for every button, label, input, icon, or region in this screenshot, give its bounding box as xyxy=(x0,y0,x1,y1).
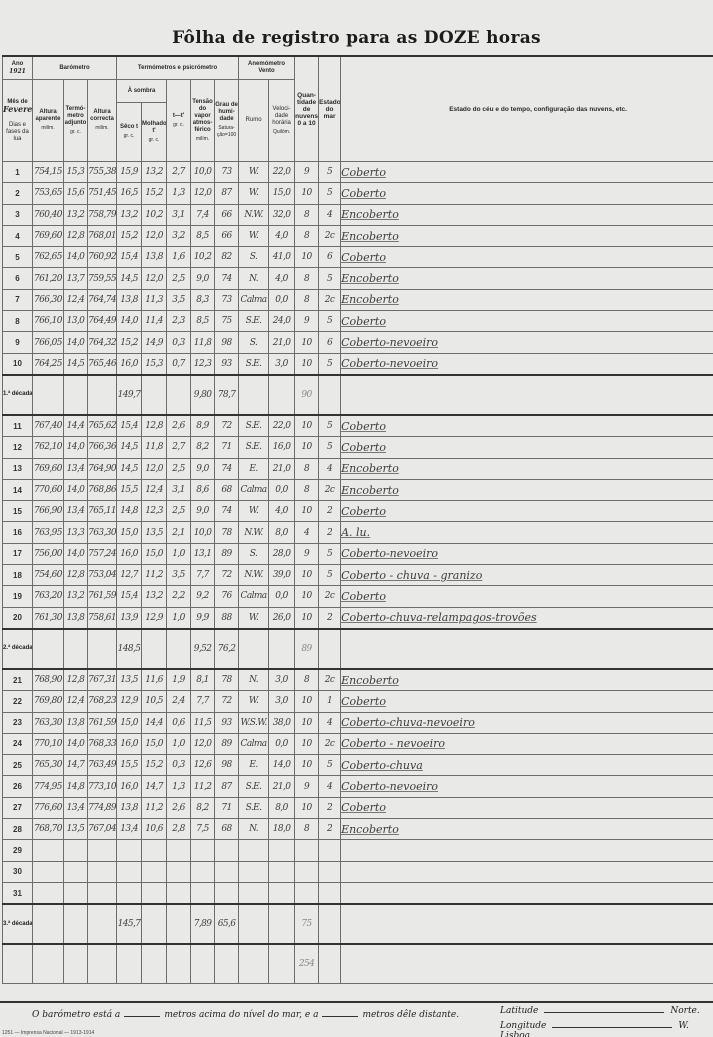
cell-estado[interactable]: Coberto xyxy=(341,247,713,268)
cell-humid[interactable]: 74 xyxy=(215,458,239,479)
cell-humid[interactable]: 68 xyxy=(215,819,239,840)
cell-tensao[interactable] xyxy=(191,861,215,882)
cell-term-adj[interactable]: 14,4 xyxy=(64,415,88,437)
cell-tensao[interactable]: 8,5 xyxy=(191,311,215,332)
cell-mar[interactable]: 5 xyxy=(319,543,341,564)
cell-estado[interactable]: Encoberto xyxy=(341,458,713,479)
cell-mar[interactable]: 2 xyxy=(319,607,341,629)
cell-alt-ap[interactable]: 765,30 xyxy=(33,755,64,776)
cell-veloc[interactable]: 0,0 xyxy=(269,586,295,607)
cell-molhado[interactable]: 11,6 xyxy=(142,669,167,691)
cell-seco[interactable]: 15,4 xyxy=(117,415,142,437)
cell-molhado[interactable]: 15,2 xyxy=(142,183,167,204)
cell-veloc[interactable]: 39,0 xyxy=(269,565,295,586)
cell-tensao[interactable]: 12,0 xyxy=(191,183,215,204)
decade-mar[interactable] xyxy=(319,629,341,669)
cell-seco[interactable]: 13,8 xyxy=(117,289,142,310)
cell-alt-cor[interactable]: 763,30 xyxy=(88,522,117,543)
cell-diff[interactable]: 2,4 xyxy=(167,691,191,712)
cell-humid[interactable]: 98 xyxy=(215,332,239,353)
cell-tensao[interactable]: 10,2 xyxy=(191,247,215,268)
decade-term-adj[interactable] xyxy=(64,629,88,669)
cell-tensao[interactable]: 11,2 xyxy=(191,776,215,797)
cell-term-adj[interactable] xyxy=(64,840,88,861)
decade-rumo[interactable] xyxy=(239,375,269,415)
cell-humid[interactable]: 72 xyxy=(215,691,239,712)
cell-alt-ap[interactable]: 764,25 xyxy=(33,353,64,375)
cell-veloc[interactable]: 0,0 xyxy=(269,289,295,310)
cell-tensao[interactable]: 7,7 xyxy=(191,565,215,586)
cell-alt-ap[interactable]: 767,40 xyxy=(33,415,64,437)
cell-estado[interactable] xyxy=(341,882,713,904)
decade-veloc[interactable] xyxy=(269,629,295,669)
cell-term-adj[interactable] xyxy=(64,861,88,882)
cell-seco[interactable]: 12,9 xyxy=(117,691,142,712)
decade-humid[interactable]: 78,7 xyxy=(215,375,239,415)
cell-mar[interactable]: 2c xyxy=(319,225,341,246)
cell-alt-cor[interactable]: 763,49 xyxy=(88,755,117,776)
cell-alt-ap[interactable] xyxy=(33,861,64,882)
decade-alt-cor[interactable] xyxy=(88,904,117,944)
cell-mar[interactable]: 5 xyxy=(319,311,341,332)
cell-estado[interactable]: Coberto xyxy=(341,183,713,204)
cell-rumo[interactable]: E. xyxy=(239,458,269,479)
cell-nuvens[interactable]: 10 xyxy=(295,353,319,375)
cell-rumo[interactable]: Calma xyxy=(239,479,269,500)
cell-tensao[interactable]: 12,6 xyxy=(191,755,215,776)
decade-nuvens[interactable]: 89 xyxy=(295,629,319,669)
cell-term-adj[interactable]: 13,4 xyxy=(64,501,88,522)
cell-term-adj[interactable]: 13,0 xyxy=(64,311,88,332)
cell-estado[interactable]: Encoberto xyxy=(341,819,713,840)
cell-veloc[interactable]: 14,0 xyxy=(269,755,295,776)
cell-humid[interactable]: 72 xyxy=(215,565,239,586)
cell-molhado[interactable]: 15,0 xyxy=(142,733,167,754)
cell-rumo[interactable]: W. xyxy=(239,225,269,246)
cell-tensao[interactable] xyxy=(191,882,215,904)
cell-term-adj[interactable]: 15,6 xyxy=(64,183,88,204)
cell-humid[interactable]: 66 xyxy=(215,225,239,246)
cell-nuvens[interactable]: 10 xyxy=(295,797,319,818)
cell-nuvens[interactable]: 4 xyxy=(295,522,319,543)
decade-alt-ap[interactable] xyxy=(33,375,64,415)
decade-molhado[interactable] xyxy=(142,375,167,415)
cell-molhado[interactable]: 15,3 xyxy=(142,353,167,375)
cell-veloc[interactable]: 38,0 xyxy=(269,712,295,733)
cell-alt-ap[interactable]: 769,80 xyxy=(33,691,64,712)
cell-rumo[interactable] xyxy=(239,861,269,882)
cell-mar[interactable]: 4 xyxy=(319,458,341,479)
cell-diff[interactable]: 1,0 xyxy=(167,607,191,629)
cell-alt-cor[interactable]: 757,24 xyxy=(88,543,117,564)
cell-rumo[interactable] xyxy=(239,840,269,861)
cell-veloc[interactable]: 4,0 xyxy=(269,268,295,289)
cell-alt-cor[interactable]: 751,45 xyxy=(88,183,117,204)
cell-molhado[interactable] xyxy=(142,882,167,904)
cell-humid[interactable]: 88 xyxy=(215,607,239,629)
cell-tensao[interactable]: 8,1 xyxy=(191,669,215,691)
cell-nuvens[interactable]: 10 xyxy=(295,437,319,458)
decade-seco[interactable]: 149,7 xyxy=(117,375,142,415)
cell-nuvens[interactable]: 8 xyxy=(295,204,319,225)
decade-mar[interactable] xyxy=(319,904,341,944)
cell-nuvens[interactable]: 10 xyxy=(295,755,319,776)
cell-veloc[interactable]: 21,0 xyxy=(269,458,295,479)
cell-alt-cor[interactable]: 768,33 xyxy=(88,733,117,754)
cell-rumo[interactable]: N. xyxy=(239,669,269,691)
cell-molhado[interactable]: 12,9 xyxy=(142,607,167,629)
cell-mar[interactable]: 2 xyxy=(319,522,341,543)
cell-molhado[interactable]: 13,5 xyxy=(142,522,167,543)
decade-veloc[interactable] xyxy=(269,375,295,415)
cell-mar[interactable]: 4 xyxy=(319,776,341,797)
cell-rumo[interactable]: N.W. xyxy=(239,565,269,586)
cell-molhado[interactable]: 11,3 xyxy=(142,289,167,310)
cell-alt-ap[interactable]: 769,60 xyxy=(33,225,64,246)
cell-molhado[interactable]: 11,2 xyxy=(142,797,167,818)
cell-alt-cor[interactable]: 758,61 xyxy=(88,607,117,629)
cell-term-adj[interactable]: 14,0 xyxy=(64,479,88,500)
cell-veloc[interactable]: 3,0 xyxy=(269,353,295,375)
cell-veloc[interactable]: 21,0 xyxy=(269,776,295,797)
cell-estado[interactable]: A. lu. xyxy=(341,522,713,543)
cell-rumo[interactable]: S. xyxy=(239,332,269,353)
cell-rumo[interactable]: S. xyxy=(239,543,269,564)
cell-humid[interactable]: 78 xyxy=(215,669,239,691)
cell-rumo[interactable]: W. xyxy=(239,162,269,183)
cell-alt-ap[interactable]: 762,10 xyxy=(33,437,64,458)
cell-tensao[interactable]: 8,5 xyxy=(191,225,215,246)
cell-diff[interactable]: 2,8 xyxy=(167,819,191,840)
cell-diff[interactable]: 2,5 xyxy=(167,501,191,522)
cell-nuvens[interactable]: 10 xyxy=(295,607,319,629)
cell-mar[interactable]: 2 xyxy=(319,819,341,840)
cell-seco[interactable]: 15,9 xyxy=(117,162,142,183)
cell-humid[interactable]: 76 xyxy=(215,586,239,607)
cell-mar[interactable]: 2 xyxy=(319,501,341,522)
decade-humid[interactable]: 76,2 xyxy=(215,629,239,669)
cell-term-adj[interactable]: 12,8 xyxy=(64,669,88,691)
cell-diff[interactable]: 1,0 xyxy=(167,543,191,564)
cell-term-adj[interactable] xyxy=(64,882,88,904)
cell-veloc[interactable]: 22,0 xyxy=(269,162,295,183)
cell-nuvens[interactable]: 10 xyxy=(295,586,319,607)
cell-diff[interactable]: 0,3 xyxy=(167,332,191,353)
cell-alt-ap[interactable]: 768,70 xyxy=(33,819,64,840)
cell-rumo[interactable]: Calma xyxy=(239,289,269,310)
cell-nuvens[interactable]: 10 xyxy=(295,332,319,353)
cell-humid[interactable]: 93 xyxy=(215,712,239,733)
cell-estado[interactable]: Coberto xyxy=(341,311,713,332)
cell-molhado[interactable]: 11,8 xyxy=(142,437,167,458)
cell-term-adj[interactable]: 12,8 xyxy=(64,225,88,246)
cell-term-adj[interactable]: 12,8 xyxy=(64,565,88,586)
cell-diff[interactable]: 1,3 xyxy=(167,183,191,204)
cell-alt-cor[interactable]: 773,10 xyxy=(88,776,117,797)
cell-rumo[interactable]: W. xyxy=(239,691,269,712)
cell-nuvens[interactable]: 10 xyxy=(295,565,319,586)
cell-nuvens[interactable] xyxy=(295,840,319,861)
cell-seco[interactable] xyxy=(117,882,142,904)
cell-humid[interactable]: 74 xyxy=(215,268,239,289)
decade-alt-ap[interactable] xyxy=(33,904,64,944)
cell-seco[interactable]: 15,5 xyxy=(117,479,142,500)
cell-diff[interactable]: 2,7 xyxy=(167,437,191,458)
cell-seco[interactable]: 14,0 xyxy=(117,311,142,332)
cell-seco[interactable]: 15,5 xyxy=(117,755,142,776)
cell-diff[interactable]: 3,1 xyxy=(167,204,191,225)
cell-alt-ap[interactable]: 769,60 xyxy=(33,458,64,479)
cell-rumo[interactable]: N.W. xyxy=(239,522,269,543)
cell-seco[interactable]: 14,5 xyxy=(117,437,142,458)
decade-diff[interactable] xyxy=(167,375,191,415)
cell-alt-cor[interactable]: 755,38 xyxy=(88,162,117,183)
cell-estado[interactable]: Coberto xyxy=(341,415,713,437)
cell-mar[interactable]: 4 xyxy=(319,204,341,225)
cell-estado[interactable]: Coberto xyxy=(341,586,713,607)
cell-humid[interactable]: 87 xyxy=(215,183,239,204)
cell-veloc[interactable]: 24,0 xyxy=(269,311,295,332)
cell-veloc[interactable]: 0,0 xyxy=(269,733,295,754)
cell-molhado[interactable] xyxy=(142,861,167,882)
cell-alt-ap[interactable] xyxy=(33,882,64,904)
cell-mar[interactable] xyxy=(319,840,341,861)
cell-alt-cor[interactable]: 767,31 xyxy=(88,669,117,691)
cell-alt-ap[interactable]: 761,20 xyxy=(33,268,64,289)
cell-term-adj[interactable]: 12,4 xyxy=(64,289,88,310)
cell-alt-cor[interactable]: 767,04 xyxy=(88,819,117,840)
cell-estado[interactable]: Encoberto xyxy=(341,268,713,289)
cell-seco[interactable]: 15,2 xyxy=(117,225,142,246)
cell-term-adj[interactable]: 14,5 xyxy=(64,353,88,375)
cell-nuvens[interactable]: 8 xyxy=(295,819,319,840)
cell-mar[interactable]: 5 xyxy=(319,183,341,204)
cell-alt-ap[interactable]: 774,95 xyxy=(33,776,64,797)
cell-tensao[interactable] xyxy=(191,840,215,861)
cell-term-adj[interactable]: 12,4 xyxy=(64,691,88,712)
cell-term-adj[interactable]: 13,5 xyxy=(64,819,88,840)
decade-molhado[interactable] xyxy=(142,629,167,669)
cell-term-adj[interactable]: 15,3 xyxy=(64,162,88,183)
cell-veloc[interactable]: 28,0 xyxy=(269,543,295,564)
decade-rumo[interactable] xyxy=(239,904,269,944)
cell-diff[interactable]: 2,6 xyxy=(167,415,191,437)
cell-tensao[interactable]: 10,0 xyxy=(191,522,215,543)
cell-term-adj[interactable]: 13,4 xyxy=(64,797,88,818)
cell-alt-ap[interactable]: 770,10 xyxy=(33,733,64,754)
cell-seco[interactable]: 15,2 xyxy=(117,332,142,353)
cell-tensao[interactable]: 9,0 xyxy=(191,268,215,289)
cell-nuvens[interactable]: 8 xyxy=(295,458,319,479)
cell-molhado[interactable]: 12,0 xyxy=(142,458,167,479)
cell-alt-cor[interactable]: 764,90 xyxy=(88,458,117,479)
cell-nuvens[interactable]: 8 xyxy=(295,289,319,310)
cell-tensao[interactable]: 8,9 xyxy=(191,415,215,437)
cell-nuvens[interactable]: 10 xyxy=(295,733,319,754)
cell-veloc[interactable]: 4,0 xyxy=(269,501,295,522)
cell-estado[interactable]: Coberto-nevoeiro xyxy=(341,776,713,797)
cell-estado[interactable]: Coberto xyxy=(341,691,713,712)
cell-nuvens[interactable]: 8 xyxy=(295,479,319,500)
cell-alt-cor[interactable]: 759,55 xyxy=(88,268,117,289)
cell-molhado[interactable]: 10,2 xyxy=(142,204,167,225)
decade-alt-cor[interactable] xyxy=(88,375,117,415)
cell-humid[interactable]: 68 xyxy=(215,479,239,500)
cell-alt-ap[interactable]: 766,30 xyxy=(33,289,64,310)
cell-veloc[interactable]: 0,0 xyxy=(269,479,295,500)
cell-estado[interactable]: Encoberto xyxy=(341,479,713,500)
cell-tensao[interactable]: 8,6 xyxy=(191,479,215,500)
cell-term-adj[interactable]: 14,0 xyxy=(64,733,88,754)
cell-alt-ap[interactable]: 766,90 xyxy=(33,501,64,522)
cell-seco[interactable]: 15,4 xyxy=(117,586,142,607)
cell-rumo[interactable]: W. xyxy=(239,183,269,204)
cell-humid[interactable] xyxy=(215,882,239,904)
decade-term-adj[interactable] xyxy=(64,375,88,415)
cell-tensao[interactable]: 11,5 xyxy=(191,712,215,733)
cell-alt-cor[interactable]: 761,59 xyxy=(88,586,117,607)
cell-nuvens[interactable]: 10 xyxy=(295,501,319,522)
cell-estado[interactable]: Coberto-nevoeiro xyxy=(341,353,713,375)
cell-mar[interactable]: 5 xyxy=(319,268,341,289)
cell-diff[interactable]: 2,6 xyxy=(167,797,191,818)
cell-diff[interactable] xyxy=(167,861,191,882)
cell-rumo[interactable] xyxy=(239,882,269,904)
cell-molhado[interactable]: 14,7 xyxy=(142,776,167,797)
cell-seco[interactable]: 14,8 xyxy=(117,501,142,522)
cell-estado[interactable]: Encoberto xyxy=(341,225,713,246)
cell-molhado[interactable]: 12,4 xyxy=(142,479,167,500)
decade-tensao[interactable]: 9,80 xyxy=(191,375,215,415)
cell-mar[interactable]: 2c xyxy=(319,479,341,500)
altitude-blank[interactable] xyxy=(124,1016,160,1017)
cell-alt-ap[interactable]: 766,10 xyxy=(33,311,64,332)
cell-alt-ap[interactable]: 761,30 xyxy=(33,607,64,629)
cell-diff[interactable]: 3,2 xyxy=(167,225,191,246)
cell-veloc[interactable]: 3,0 xyxy=(269,669,295,691)
cell-veloc[interactable]: 4,0 xyxy=(269,225,295,246)
cell-mar[interactable]: 2 xyxy=(319,797,341,818)
cell-alt-cor[interactable]: 765,46 xyxy=(88,353,117,375)
decade-alt-ap[interactable] xyxy=(33,629,64,669)
cell-molhado[interactable]: 13,2 xyxy=(142,586,167,607)
cell-rumo[interactable]: N. xyxy=(239,268,269,289)
cell-estado[interactable]: Coberto-chuva xyxy=(341,755,713,776)
cell-mar[interactable]: 1 xyxy=(319,691,341,712)
cell-alt-cor[interactable]: 774,89 xyxy=(88,797,117,818)
cell-diff[interactable]: 1,9 xyxy=(167,669,191,691)
cell-veloc[interactable]: 18,0 xyxy=(269,819,295,840)
cell-rumo[interactable]: N.W. xyxy=(239,204,269,225)
cell-alt-ap[interactable] xyxy=(33,840,64,861)
cell-term-adj[interactable]: 14,0 xyxy=(64,543,88,564)
cell-mar[interactable]: 2c xyxy=(319,289,341,310)
cell-mar[interactable]: 6 xyxy=(319,332,341,353)
cell-nuvens[interactable]: 10 xyxy=(295,183,319,204)
decade-tensao[interactable]: 9,52 xyxy=(191,629,215,669)
cell-nuvens[interactable]: 8 xyxy=(295,225,319,246)
cell-alt-ap[interactable]: 776,60 xyxy=(33,797,64,818)
cell-molhado[interactable]: 12,8 xyxy=(142,415,167,437)
longitude-blank[interactable] xyxy=(552,1027,672,1028)
cell-rumo[interactable]: S.E. xyxy=(239,353,269,375)
cell-seco[interactable]: 16,0 xyxy=(117,543,142,564)
cell-rumo[interactable]: S. xyxy=(239,247,269,268)
cell-veloc[interactable]: 21,0 xyxy=(269,332,295,353)
cell-diff[interactable]: 2,7 xyxy=(167,162,191,183)
cell-alt-ap[interactable]: 753,65 xyxy=(33,183,64,204)
cell-alt-cor[interactable] xyxy=(88,840,117,861)
cell-estado[interactable] xyxy=(341,861,713,882)
cell-mar[interactable]: 5 xyxy=(319,415,341,437)
cell-seco[interactable] xyxy=(117,840,142,861)
cell-nuvens[interactable]: 10 xyxy=(295,712,319,733)
cell-tensao[interactable]: 10,0 xyxy=(191,162,215,183)
cell-rumo[interactable]: S.E. xyxy=(239,437,269,458)
decade-nuvens[interactable]: 75 xyxy=(295,904,319,944)
cell-humid[interactable]: 71 xyxy=(215,437,239,458)
decade-molhado[interactable] xyxy=(142,904,167,944)
cell-alt-ap[interactable]: 766,05 xyxy=(33,332,64,353)
cell-diff[interactable]: 1,0 xyxy=(167,733,191,754)
cell-tensao[interactable]: 7,4 xyxy=(191,204,215,225)
cell-diff[interactable]: 0,6 xyxy=(167,712,191,733)
cell-nuvens[interactable]: 8 xyxy=(295,268,319,289)
cell-diff[interactable]: 2,5 xyxy=(167,268,191,289)
cell-diff[interactable]: 1,3 xyxy=(167,776,191,797)
cell-veloc[interactable]: 26,0 xyxy=(269,607,295,629)
cell-term-adj[interactable]: 14,7 xyxy=(64,755,88,776)
cell-estado[interactable]: Coberto-nevoeiro xyxy=(341,332,713,353)
latitude-blank[interactable] xyxy=(544,1012,664,1013)
cell-humid[interactable]: 72 xyxy=(215,415,239,437)
cell-rumo[interactable]: W.S.W. xyxy=(239,712,269,733)
cell-alt-ap[interactable]: 763,95 xyxy=(33,522,64,543)
cell-diff[interactable]: 3,5 xyxy=(167,565,191,586)
cell-nuvens[interactable]: 8 xyxy=(295,669,319,691)
cell-nuvens[interactable]: 9 xyxy=(295,543,319,564)
cell-tensao[interactable]: 13,1 xyxy=(191,543,215,564)
cell-seco[interactable]: 13,9 xyxy=(117,607,142,629)
cell-seco[interactable]: 15,4 xyxy=(117,247,142,268)
cell-estado[interactable]: Encoberto xyxy=(341,669,713,691)
cell-estado[interactable]: Coberto xyxy=(341,501,713,522)
decade-veloc[interactable] xyxy=(269,904,295,944)
cell-mar[interactable]: 5 xyxy=(319,755,341,776)
cell-seco[interactable]: 13,8 xyxy=(117,797,142,818)
cell-diff[interactable]: 2,3 xyxy=(167,311,191,332)
cell-nuvens[interactable] xyxy=(295,861,319,882)
cell-estado[interactable] xyxy=(341,840,713,861)
cell-estado[interactable]: Coberto xyxy=(341,162,713,183)
cell-diff[interactable]: 3,1 xyxy=(167,479,191,500)
cell-mar[interactable]: 2c xyxy=(319,733,341,754)
decade-seco[interactable]: 148,5 xyxy=(117,629,142,669)
cell-alt-cor[interactable]: 766,36 xyxy=(88,437,117,458)
cell-molhado[interactable]: 11,4 xyxy=(142,311,167,332)
cell-seco[interactable] xyxy=(117,861,142,882)
cell-nuvens[interactable]: 10 xyxy=(295,691,319,712)
cell-rumo[interactable]: N. xyxy=(239,819,269,840)
cell-term-adj[interactable]: 13,7 xyxy=(64,268,88,289)
decade-diff[interactable] xyxy=(167,904,191,944)
decade-term-adj[interactable] xyxy=(64,904,88,944)
cell-tensao[interactable]: 9,0 xyxy=(191,458,215,479)
cell-seco[interactable]: 14,5 xyxy=(117,268,142,289)
cell-nuvens[interactable]: 9 xyxy=(295,162,319,183)
cell-alt-ap[interactable]: 770,60 xyxy=(33,479,64,500)
cell-mar[interactable]: 5 xyxy=(319,162,341,183)
